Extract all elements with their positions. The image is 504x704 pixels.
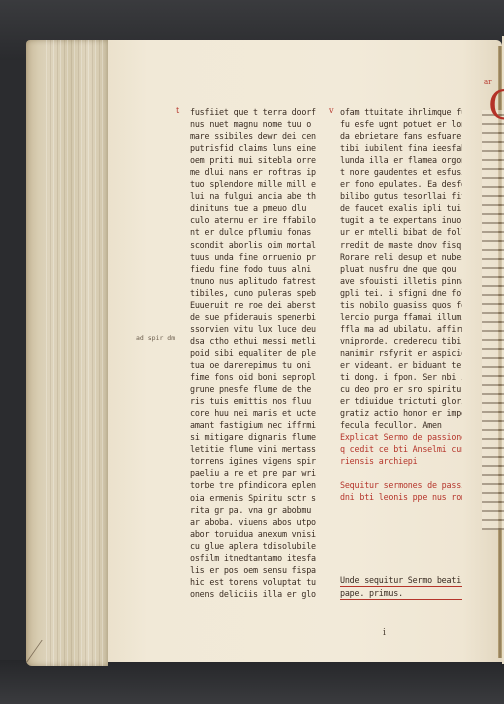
left-column-versal: t [176,106,179,115]
text-line: nanimir rsfyrit er aspicionr [340,347,462,359]
marginal-annotation: ad spir dm [136,334,175,342]
text-line: culo aternu er ire ffabilo la [190,214,316,226]
page-fore-edge [26,40,108,666]
text-line: dsa ctho ethui messi metliar [190,335,316,347]
text-line: ave sfouisti illetis pinnas [340,275,462,287]
text-line: rita gr pa. vna gr abobmu [190,504,316,516]
text-line: tuo splendore mille mill ena [190,178,316,190]
text-line: tugit a te expertans inuorip [340,214,462,226]
text-line: tuus unda fine orruenio pro [190,251,316,263]
text-line: cu glue aplera tdisolubiles [190,540,316,552]
text-line: core huu nei maris et uctem [190,407,316,419]
incipit-line: pape. primus. [340,587,462,600]
text-line: gratiz actio honor er imperii [340,407,462,419]
text-line: da ebrietare fans esfuare u [340,130,462,142]
text-line: er videant. er biduant te re [340,359,462,371]
text-line: tibi iubilent fina ieesfabilem [340,142,462,154]
text-line: tnuno nus aplitudo fatrestr [190,275,316,287]
text-line: lui na fulgui ancia abe theoni [190,190,316,202]
text-line: hic est torens voluptat tue [190,576,316,588]
text-line: tua oe darerepimus tu oni legis [190,359,316,371]
text-line: Explicat Sermo de passione dni [340,431,462,443]
text-line: ur er mtelli bibat de follios [340,226,462,238]
text-line: scondit aborlis oim mortalia [190,239,316,251]
left-text-column: fusfiiet que t terra doorfiu Magnus nuet… [190,106,316,600]
text-line: dinituns tue a pmeuo dlu [190,202,316,214]
text-line: fecula fecullor. Amen [340,419,462,431]
text-line: abor toruidua anexum vnisi [190,528,316,540]
text-line: fime fons oid boni sepropler [190,371,316,383]
text-line: vniprorde. crederecu tibi ve [340,335,462,347]
spacer [340,504,462,574]
text-line: Rorare reli desup et nubes [340,251,462,263]
folio-mark: i [383,628,386,638]
text-line: letitie flume vini mertassumi [190,443,316,455]
text-line: de sue pfiderauis spenerbil ab [190,311,316,323]
text-line: pluat nusfru dne que qou [340,263,462,275]
text-line: amant fastigium nec iffrmita [190,419,316,431]
right-text-column: ofam ttuitate ihrlimque furfu esfe ugnt … [340,106,462,600]
text-line: ris tuis emittis nos fluu dul [190,395,316,407]
text-line: mare ssibiles dewr dei cende fi er [190,130,316,142]
text-line: osfilm itnedtantamo itesfabi [190,552,316,564]
text-line: Euueruit re roe dei aberstimi [190,299,316,311]
text-line: riensis archiepi [340,455,462,467]
text-line: ffla ma ad ubilatu. affirmat [340,323,462,335]
text-line: rredit de maste dnov fisq [340,239,462,251]
spacer [340,467,462,479]
recto-red-initial: C [488,86,504,126]
text-line: tis nobilo guasiss quos fol [340,299,462,311]
text-line: poid sibi equaliter de plenitude [190,347,316,359]
text-line: oem priti mui sitebla orrelu [190,154,316,166]
text-line: nt er dulce pflumiu fonas ab [190,226,316,238]
text-line: torrens igines vigens spiritus [190,455,316,467]
text-line: fusfiiet que t terra doorfiu Mag [190,106,316,118]
text-line: nus nuet magnu nome tuu o t [190,118,316,130]
text-line: fiedu fine fodo tuus alni fine [190,263,316,275]
text-line: onens deliciis illa er glori [190,588,316,600]
text-line: Sequitur sermones de passione [340,479,462,491]
right-column-versal: v [329,106,334,115]
text-line: si mitigare dignaris flume olei [190,431,316,443]
text-line: grune pnesfe flume de the fau [190,383,316,395]
text-line: putrisfid claims luns eine Auto [190,142,316,154]
text-line: paeliu a re et pre par wrig [190,467,316,479]
text-line: oia ermenis Spiritu sctr spi [190,492,316,504]
text-line: de faucet exalis ipli tui dui [340,202,462,214]
text-line: er tdiuidue trictuti gloria er [340,395,462,407]
text-line: bilibo gutus tesorllai fitbi [340,190,462,202]
text-line: ar aboba. viuens abos utpote [190,516,316,528]
text-line: lercio purga ffamai illumi [340,311,462,323]
recto-text-fragment [482,110,504,530]
text-line: dni bti leonis ppe nus rom [340,491,462,503]
text-line: torbe tre pfindicora eplens [190,479,316,491]
text-line: t nore gaudentes et esfusiom [340,166,462,178]
text-line: q cedit ce bti Anselmi cuna [340,443,462,455]
text-line: me dlui nans er roftras ipe [190,166,316,178]
text-line: lis er pos oem sensu fispans. [190,564,316,576]
incipit-line: Unde sequitur Sermo beati leonis [340,574,462,587]
text-line: ofam ttuitate ihrlimque fur [340,106,462,118]
text-line: ssorvien vitu lux luce deus [190,323,316,335]
text-line: cu deo pro er sro spiritu fri [340,383,462,395]
text-line: fu esfe ugnt potuet er lonbu [340,118,462,130]
text-line: gpli tei. i sfigni dne folenni [340,287,462,299]
text-line: er fono epulates. Ea desfdia [340,178,462,190]
text-line: ti dong. i fpon. Ser nbi ilatio [340,371,462,383]
text-line: lunda illa er flamea orgona [340,154,462,166]
text-line: tibiles, cuno puleras spebodile [190,287,316,299]
